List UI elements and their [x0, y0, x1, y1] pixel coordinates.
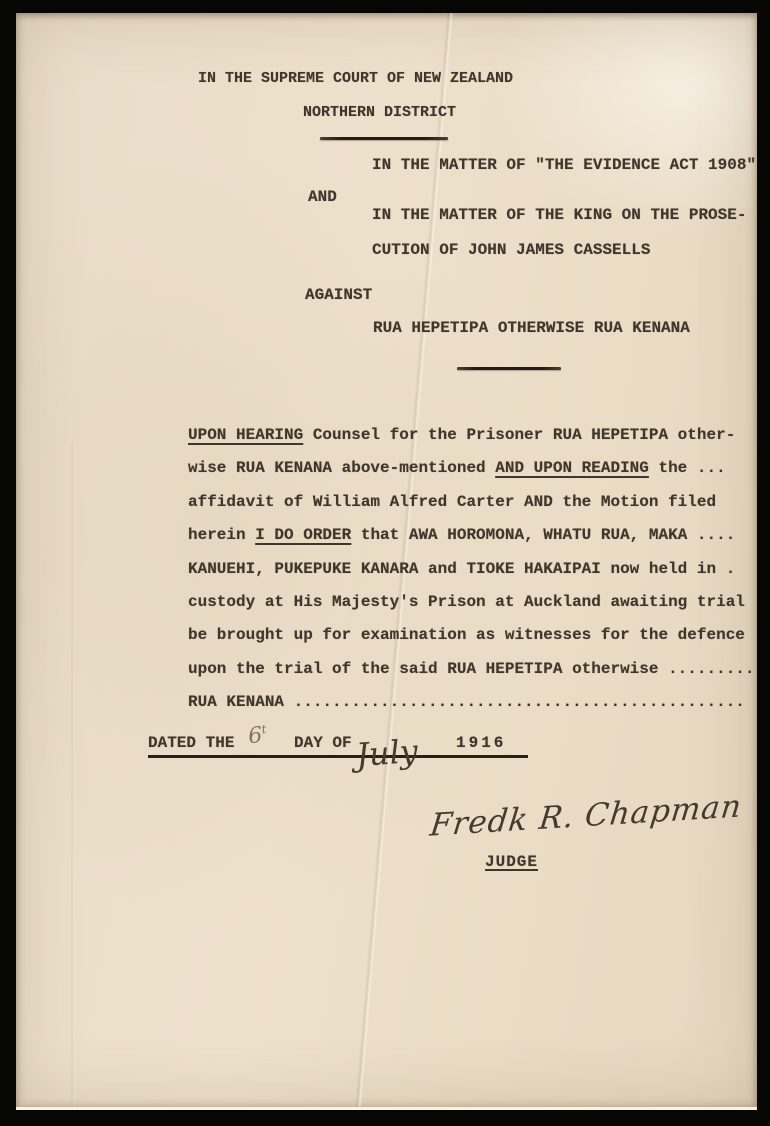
order-line: KANUEHI, PUKEPUKE KANARA and TIOKE HAKAI…	[188, 553, 755, 586]
order-text-underlined: UPON HEARING	[188, 426, 303, 444]
conjunction-and: AND	[308, 187, 337, 207]
order-text: that AWA HOROMONA, WHATU RUA, MAKA ....	[351, 526, 735, 544]
order-paragraph: UPON HEARING Counsel for the Prisoner RU…	[188, 419, 755, 720]
document-page: IN THE SUPREME COURT OF NEW ZEALAND NORT…	[16, 13, 757, 1110]
order-text: custody at His Majesty's Prison at Auckl…	[188, 593, 745, 611]
paper-fold-crease-faint	[70, 443, 75, 1110]
matter-evidence-act: IN THE MATTER OF "THE EVIDENCE ACT 1908"	[372, 155, 756, 175]
order-text: RUA KENANA .............................…	[188, 693, 745, 711]
order-text: be brought up for examination as witness…	[188, 626, 745, 644]
order-text: upon the trial of the said RUA HEPETIPA …	[188, 660, 755, 678]
matter-king-prosecution-line2: CUTION OF JOHN JAMES CASSELLS	[372, 240, 650, 260]
matter-king-prosecution-line1: IN THE MATTER OF THE KING ON THE PROSE-	[372, 205, 746, 225]
divider-rule-cause	[457, 367, 561, 370]
against-label: AGAINST	[305, 285, 372, 305]
order-line: upon the trial of the said RUA HEPETIPA …	[188, 653, 755, 686]
divider-rule-header	[320, 137, 448, 140]
order-text: Counsel for the Prisoner RUA HEPETIPA ot…	[303, 426, 735, 444]
dated-the-label: DATED THE	[148, 733, 234, 753]
order-text-underlined: I DO ORDER	[255, 526, 351, 544]
day-suffix: t	[261, 722, 267, 736]
judge-signature: Fredk R. Chapman	[428, 786, 744, 845]
district-name: NORTHERN DISTRICT	[303, 103, 456, 123]
year-text: 1916	[456, 733, 506, 753]
dated-line: DATED THE 6t DAY OF July 1916	[148, 731, 528, 758]
order-line: wise RUA KENANA above-mentioned AND UPON…	[188, 452, 755, 485]
order-line: custody at His Majesty's Prison at Auckl…	[188, 586, 755, 619]
order-text: affidavit of William Alfred Carter AND t…	[188, 493, 716, 511]
handwritten-day: 6t	[247, 718, 269, 748]
judge-label: JUDGE	[485, 852, 538, 872]
order-line: UPON HEARING Counsel for the Prisoner RU…	[188, 419, 755, 452]
photo-of-document: { "colors": { "paper": "#e9dcc8", "ink":…	[0, 0, 770, 1126]
day-of-label: DAY OF	[294, 733, 352, 753]
order-line: RUA KENANA .............................…	[188, 686, 755, 719]
photo-frame: IN THE SUPREME COURT OF NEW ZEALAND NORT…	[0, 0, 770, 1126]
respondent-name: RUA HEPETIPA OTHERWISE RUA KENANA	[373, 318, 690, 338]
order-text: the ...	[649, 459, 726, 477]
handwritten-month: July	[355, 735, 419, 771]
order-text: herein	[188, 526, 255, 544]
court-name: IN THE SUPREME COURT OF NEW ZEALAND	[198, 69, 513, 89]
order-line: affidavit of William Alfred Carter AND t…	[188, 486, 755, 519]
order-line: be brought up for examination as witness…	[188, 619, 755, 652]
order-text: wise RUA KENANA above-mentioned	[188, 459, 495, 477]
order-line: herein I DO ORDER that AWA HOROMONA, WHA…	[188, 519, 755, 552]
order-text: KANUEHI, PUKEPUKE KANARA and TIOKE HAKAI…	[188, 560, 735, 578]
order-text-underlined: AND UPON READING	[495, 459, 649, 477]
